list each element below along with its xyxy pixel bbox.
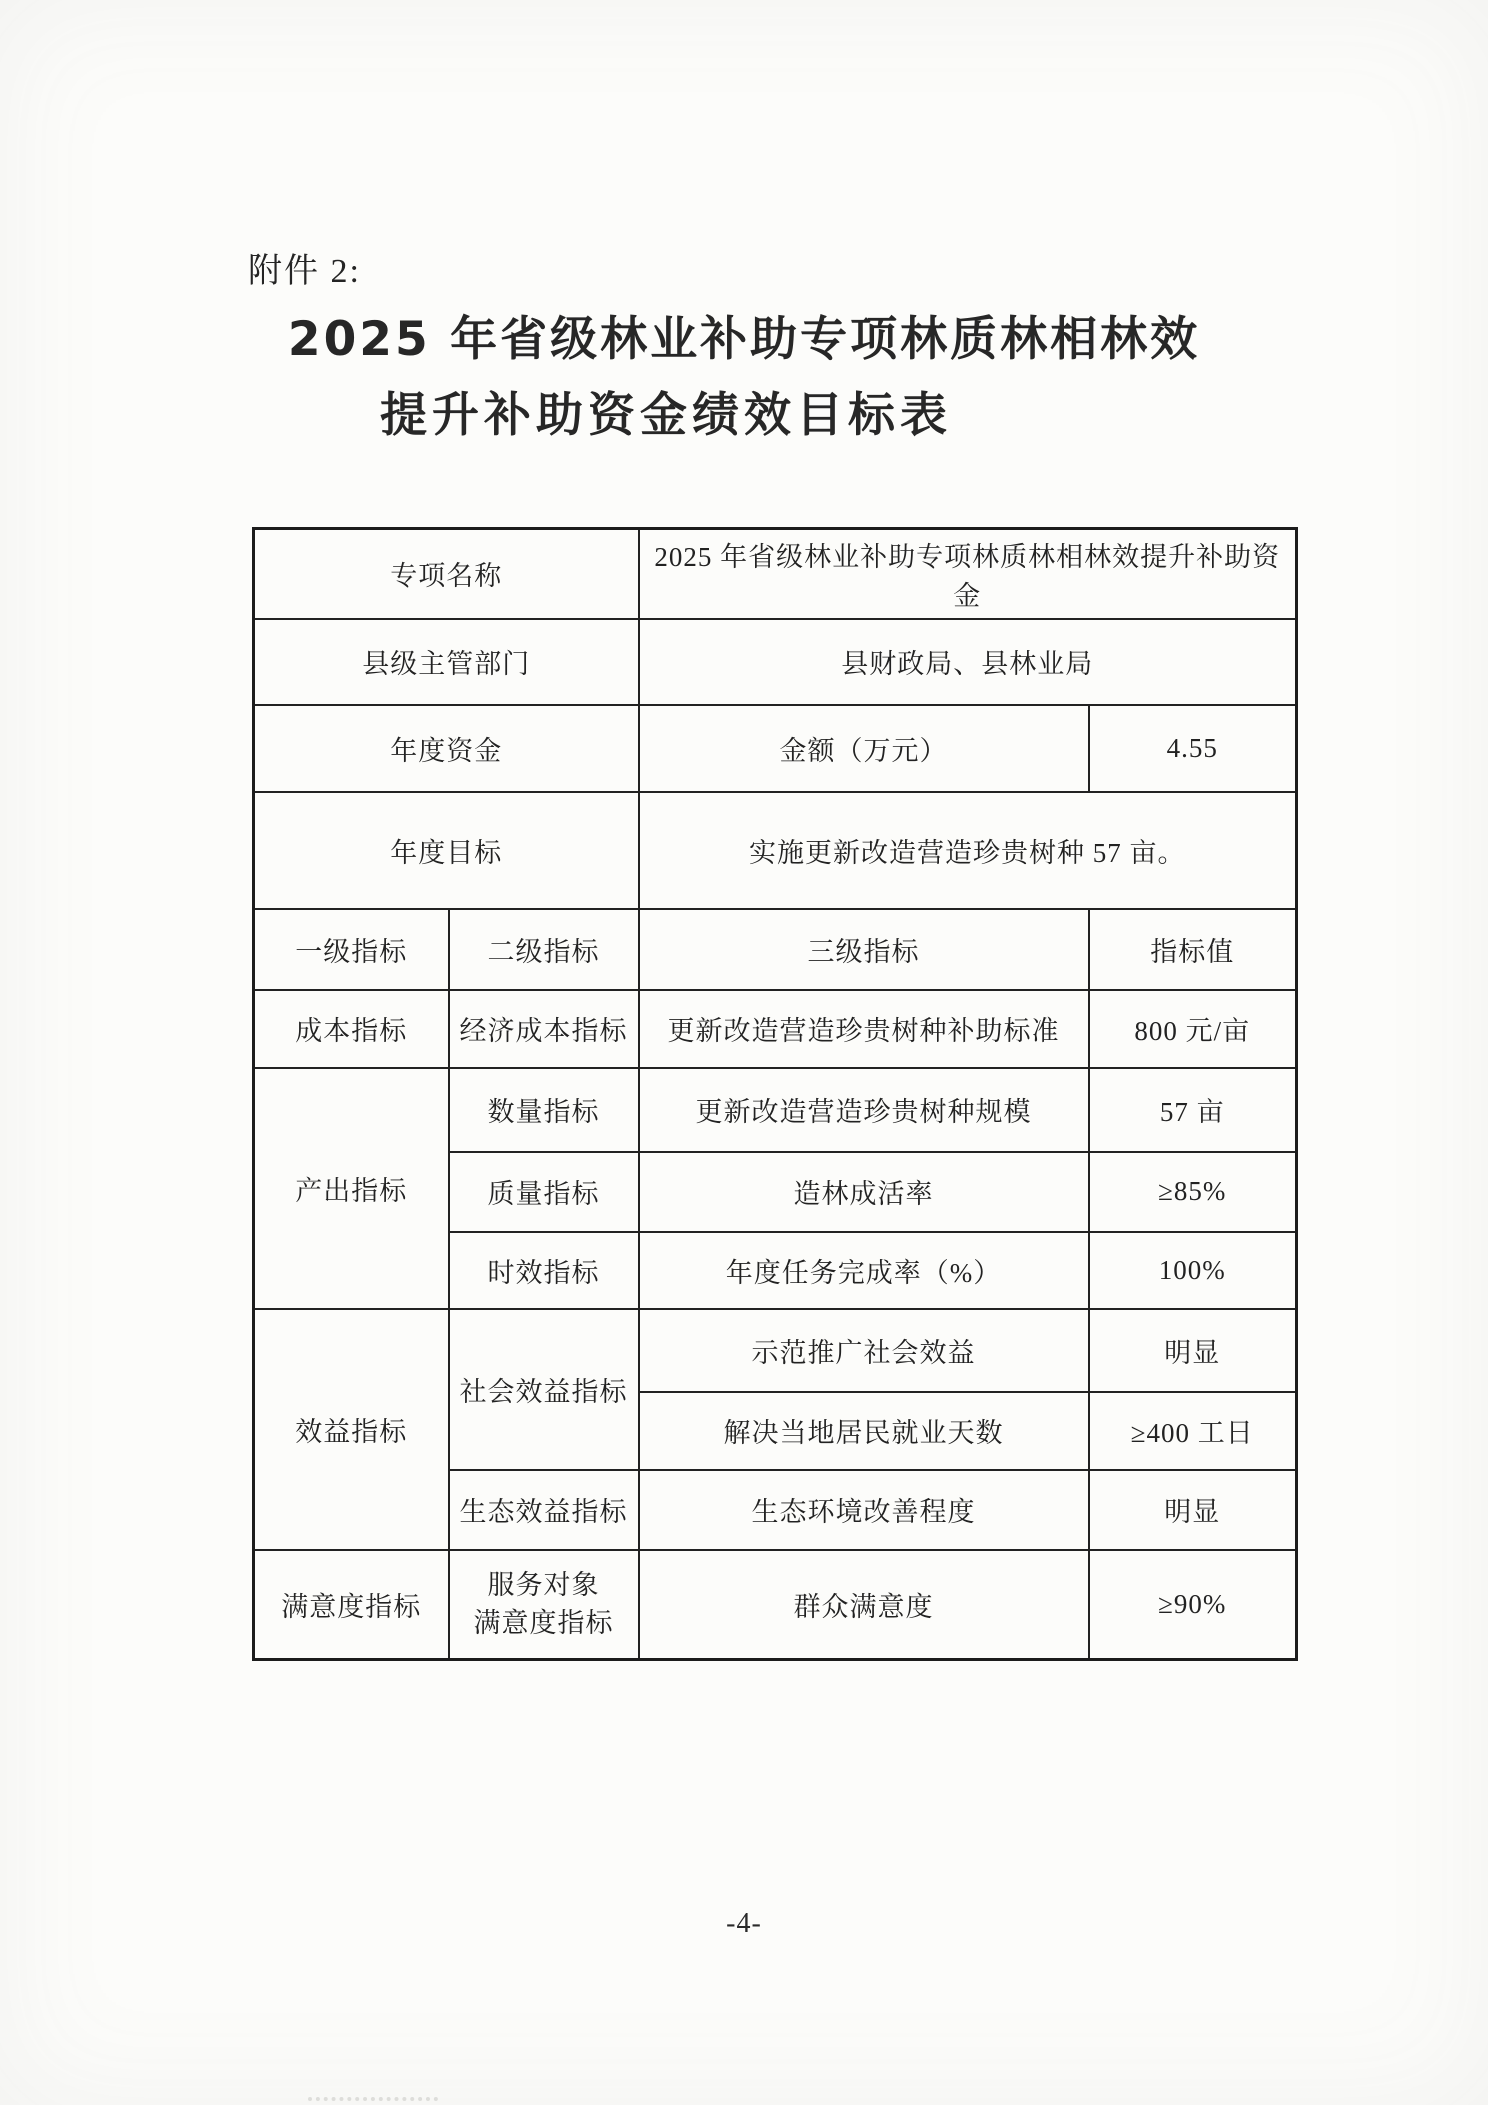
satisfaction-level2: 服务对象 满意度指标 [449,1550,639,1660]
output-quantity-level2: 数量指标 [449,1068,639,1152]
cost-value: 800 元/亩 [1089,990,1297,1068]
row-cost-indicator: 成本指标 经济成本指标 更新改造营造珍贵树种补助标准 800 元/亩 [254,990,1297,1068]
row-satisfaction: 满意度指标 服务对象 满意度指标 群众满意度 ≥90% [254,1550,1297,1660]
output-timeliness-value: 100% [1089,1232,1297,1309]
output-level1: 产出指标 [254,1068,449,1309]
row-output-quantity: 产出指标 数量指标 更新改造营造珍贵树种规模 57 亩 [254,1068,1297,1152]
project-name-label: 专项名称 [254,529,639,619]
annual-goal-value: 实施更新改造营造珍贵树种 57 亩。 [639,792,1297,909]
cost-level2: 经济成本指标 [449,990,639,1068]
document-title-line2: 提升补助资金绩效目标表 [0,384,1410,448]
output-quantity-level3: 更新改造营造珍贵树种规模 [639,1068,1089,1152]
project-name-value: 2025 年省级林业补助专项林质林相林效提升补助资金 [639,529,1297,619]
annual-goal-label: 年度目标 [254,792,639,909]
row-benefit-social-1: 效益指标 社会效益指标 示范推广社会效益 明显 [254,1309,1297,1392]
header-level2: 二级指标 [449,909,639,990]
satisfaction-value: ≥90% [1089,1550,1297,1660]
satisfaction-level1: 满意度指标 [254,1550,449,1660]
annual-funds-amount: 4.55 [1089,705,1297,792]
cost-level1: 成本指标 [254,990,449,1068]
annual-funds-label: 年度资金 [254,705,639,792]
benefit-social-jobs-level3: 解决当地居民就业天数 [639,1392,1089,1470]
scanned-document-page: 附件 2: 2025 年省级林业补助专项林质林相林效 提升补助资金绩效目标表 专… [0,0,1488,2105]
output-quality-level3: 造林成活率 [639,1152,1089,1232]
output-timeliness-level3: 年度任务完成率（%） [639,1232,1089,1309]
output-quantity-value: 57 亩 [1089,1068,1297,1152]
header-level1: 一级指标 [254,909,449,990]
annual-funds-unit: 金额（万元） [639,705,1089,792]
performance-target-table: 专项名称 2025 年省级林业补助专项林质林相林效提升补助资金 县级主管部门 县… [252,527,1298,1661]
county-department-value: 县财政局、县林业局 [639,619,1297,705]
document-title-line1: 2025 年省级林业补助专项林质林相林效 [0,308,1488,372]
row-county-department: 县级主管部门 县财政局、县林业局 [254,619,1297,705]
county-department-label: 县级主管部门 [254,619,639,705]
row-project-name: 专项名称 2025 年省级林业补助专项林质林相林效提升补助资金 [254,529,1297,619]
output-quality-value: ≥85% [1089,1152,1297,1232]
page-number: -4- [0,1908,1488,1940]
header-level3: 三级指标 [639,909,1089,990]
row-annual-goal: 年度目标 实施更新改造营造珍贵树种 57 亩。 [254,792,1297,909]
header-value: 指标值 [1089,909,1297,990]
output-quality-level2: 质量指标 [449,1152,639,1232]
row-indicator-header: 一级指标 二级指标 三级指标 指标值 [254,909,1297,990]
scan-artifact-smudge [308,2097,438,2101]
document-title: 2025 年省级林业补助专项林质林相林效 提升补助资金绩效目标表 [0,308,1488,448]
row-annual-funds: 年度资金 金额（万元） 4.55 [254,705,1297,792]
attachment-label: 附件 2: [248,243,361,292]
satisfaction-level3: 群众满意度 [639,1550,1089,1660]
benefit-level1: 效益指标 [254,1309,449,1550]
benefit-social-jobs-value: ≥400 工日 [1089,1392,1297,1470]
benefit-eco-level2: 生态效益指标 [449,1470,639,1550]
cost-level3: 更新改造营造珍贵树种补助标准 [639,990,1089,1068]
output-timeliness-level2: 时效指标 [449,1232,639,1309]
benefit-social-demo-value: 明显 [1089,1309,1297,1392]
benefit-eco-value: 明显 [1089,1470,1297,1550]
benefit-social-level2: 社会效益指标 [449,1309,639,1470]
benefit-eco-level3: 生态环境改善程度 [639,1470,1089,1550]
satisfaction-level2-line2: 满意度指标 [458,1604,630,1642]
satisfaction-level2-line1: 服务对象 [458,1566,630,1604]
benefit-social-demo-level3: 示范推广社会效益 [639,1309,1089,1392]
